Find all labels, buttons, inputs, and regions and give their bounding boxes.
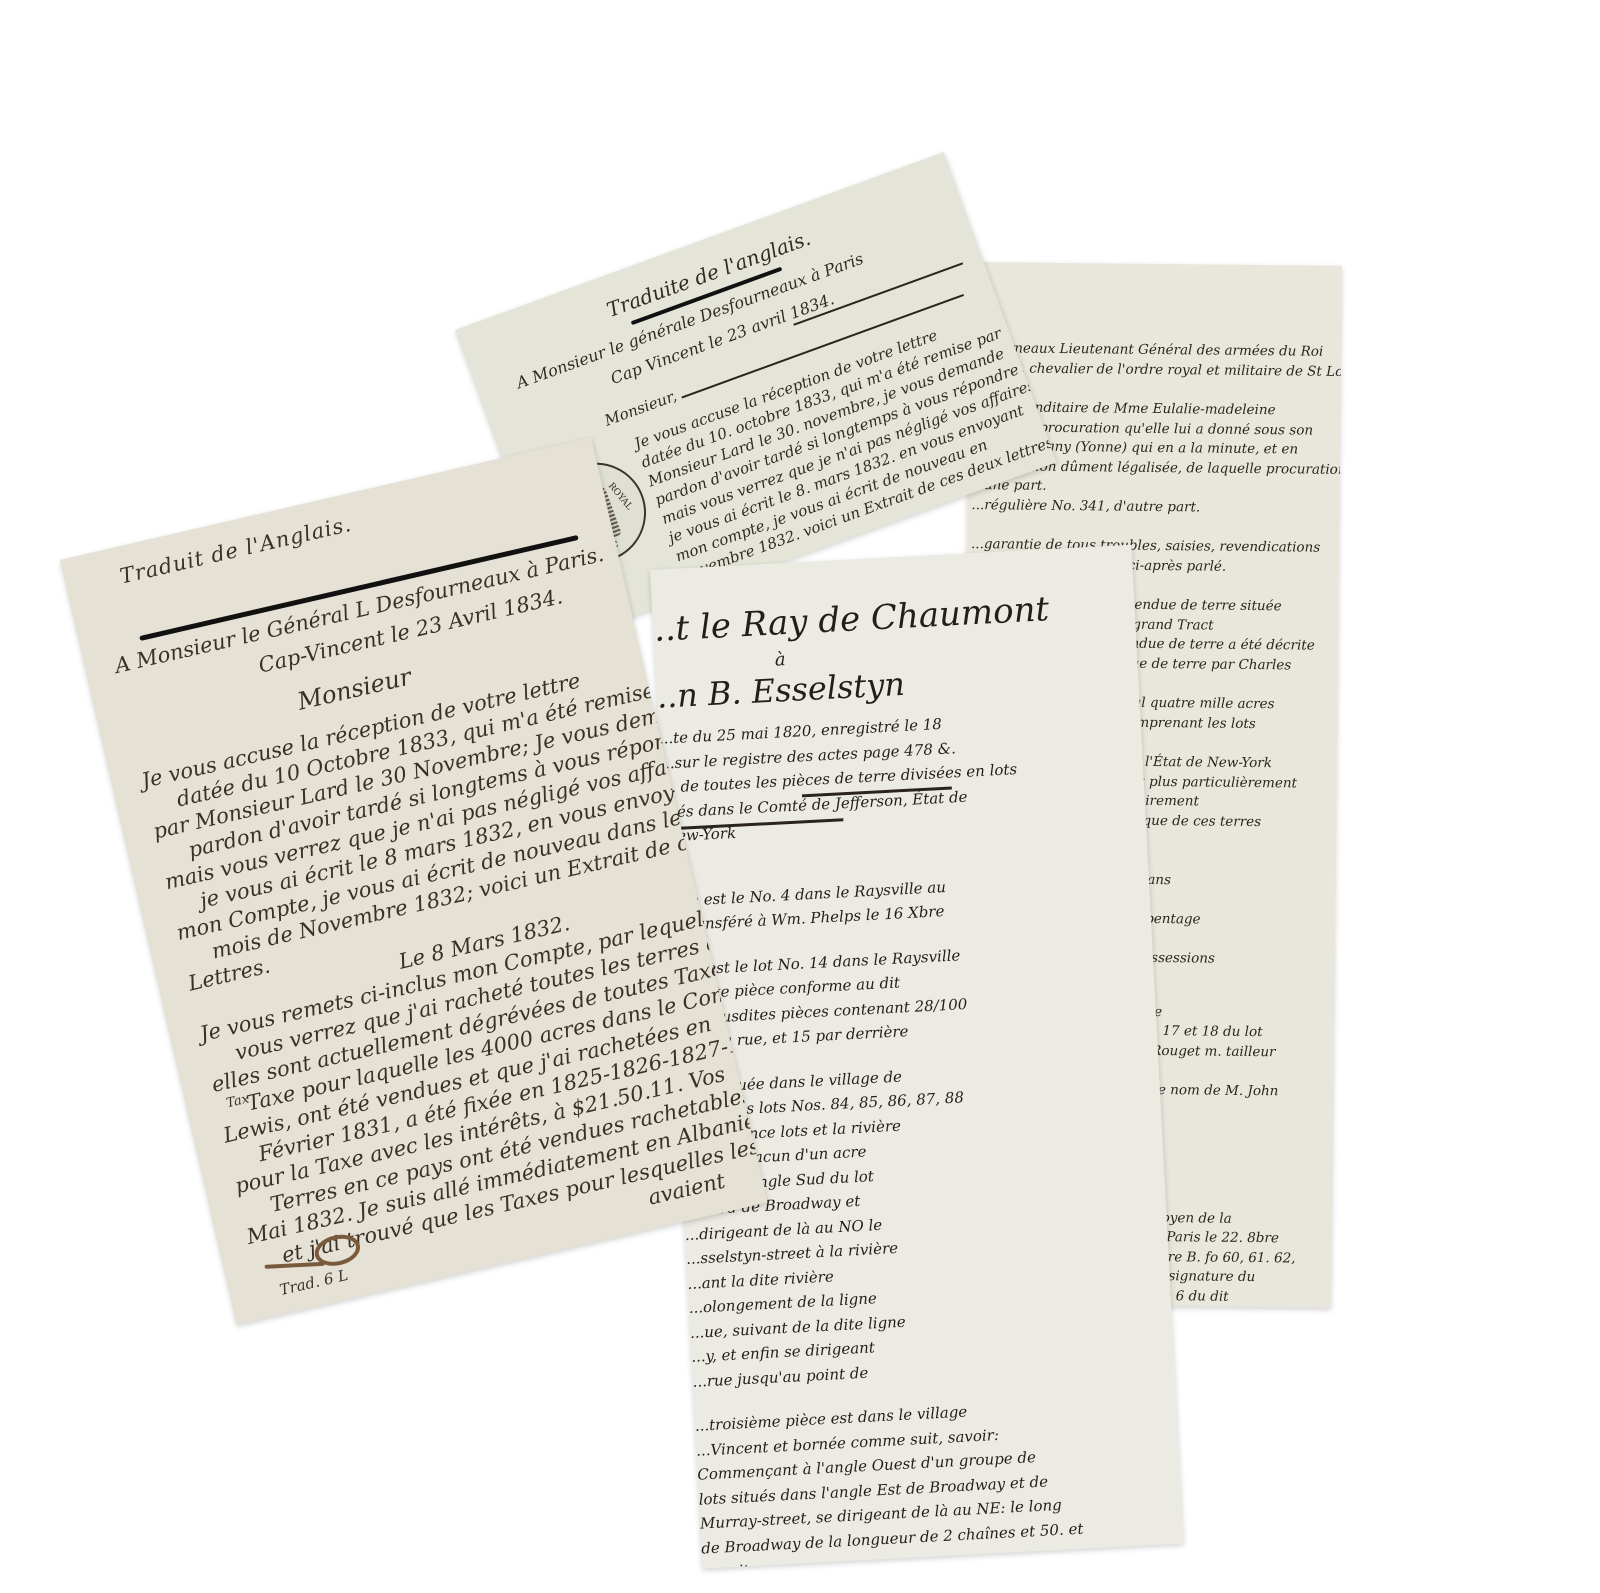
middle-deed-title-2: ...n B. Esselstyn (650, 665, 906, 716)
middle-deed-title-a: à (774, 649, 786, 671)
text-line: ...sselstyn-street à la rivière (686, 1239, 899, 1268)
text-line: ...ant la dite rivière (687, 1267, 834, 1293)
text-line: ...régulière No. 341, d'autre part. (971, 497, 1200, 515)
middle-deed-title-1: ...t le Ray de Chaumont (650, 589, 1050, 650)
front-letter-salutation: Monsieur (295, 662, 414, 715)
text-line: ...olongement de la ligne (688, 1289, 877, 1317)
front-margin-note: Tax (225, 1092, 251, 1112)
text-line: ...fourneaux Lieutenant Général des armé… (973, 340, 1323, 360)
front-letter-title: Traduit de l'Anglais. (118, 512, 354, 589)
text-line: ...y, et enfin se dirigeant (691, 1338, 875, 1366)
middle-deed-rule-2 (664, 818, 844, 830)
back-deed-text: ...fourneaux Lieutenant Général des armé… (970, 262, 1342, 266)
binding-string-tail (265, 1262, 325, 1269)
text-line: ...rue jusqu'au point de (692, 1363, 869, 1390)
text-line: ...ment, chevalier de l'ordre royal et m… (973, 360, 1342, 380)
front-footer-note: Trad. 6 L (278, 1266, 350, 1299)
text-line: ...dirigeant de là au NO le (684, 1215, 882, 1243)
text-line: ensuite (702, 1561, 758, 1569)
text-line: ...ue, suivant de la dite ligne (689, 1312, 906, 1341)
green-letter-body: Je vous accuse la réception de votre let… (455, 152, 944, 330)
